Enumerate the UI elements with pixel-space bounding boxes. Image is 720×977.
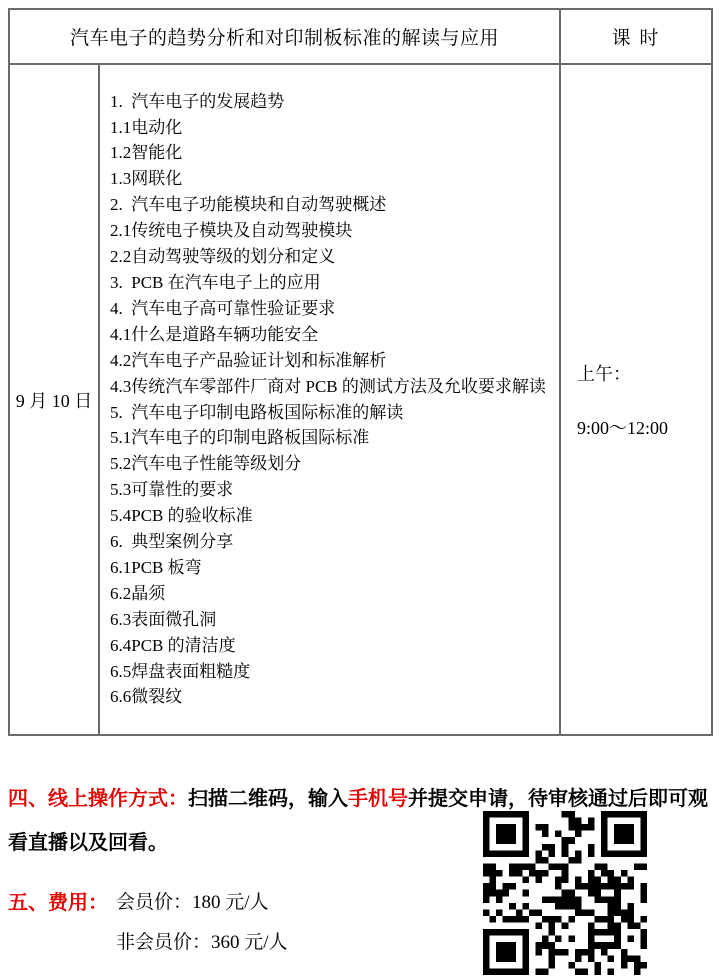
online-method-text-before: 扫描二维码，输入 [188, 788, 348, 810]
fee-section: 五、费用： 会员价：180 元/人 非会员价：360 元/人 [8, 883, 288, 963]
course-title-cell: 汽车电子的趋势分析和对印制板标准的解读与应用 [10, 10, 561, 65]
online-method-heading: 四、线上操作方式： [8, 788, 188, 810]
course-title: 汽车电子的趋势分析和对印制板标准的解读与应用 [70, 23, 499, 50]
topic-item: 4. 汽车电子高可靠性验证要求 [110, 296, 559, 322]
topic-item: 5.2汽车电子性能等级划分 [110, 451, 559, 477]
topic-item: 6.5焊盘表面粗糙度 [110, 659, 559, 685]
schedule-table: 汽车电子的趋势分析和对印制板标准的解读与应用 课 时 9 月 10 日 1. 汽… [8, 8, 713, 736]
date-cell: 9 月 10 日 [10, 65, 100, 734]
member-price: 会员价：180 元/人 [116, 883, 288, 923]
session-period: 上午： [577, 360, 711, 386]
qr-code-image [480, 811, 650, 975]
topic-item: 4.2汽车电子产品验证计划和标准解析 [110, 348, 559, 374]
online-method-highlight: 手机号 [348, 788, 408, 810]
topic-item: 2. 汽车电子功能模块和自动驾驶概述 [110, 192, 559, 218]
fee-heading: 五、费用： [8, 883, 108, 923]
non-member-price: 非会员价：360 元/人 [116, 923, 288, 963]
topic-item: 5.1汽车电子的印制电路板国际标准 [110, 425, 559, 451]
topic-item: 4.1什么是道路车辆功能安全 [110, 322, 559, 348]
topic-item: 2.2自动驾驶等级的划分和定义 [110, 244, 559, 270]
document-page: 汽车电子的趋势分析和对印制板标准的解读与应用 课 时 9 月 10 日 1. 汽… [0, 0, 720, 977]
topic-item: 6.6微裂纹 [110, 684, 559, 710]
topic-item: 6.4PCB 的清洁度 [110, 633, 559, 659]
price-list: 会员价：180 元/人 非会员价：360 元/人 [116, 883, 288, 963]
time-cell: 上午： 9:00～12:00 [561, 65, 711, 734]
topic-item: 1.1电动化 [110, 115, 559, 141]
topic-item: 5. 汽车电子印制电路板国际标准的解读 [110, 400, 559, 426]
topics-cell: 1. 汽车电子的发展趋势1.1电动化1.2智能化1.3网联化2. 汽车电子功能模… [100, 65, 561, 734]
topic-item: 6.2晶须 [110, 581, 559, 607]
topic-item: 1.2智能化 [110, 140, 559, 166]
topic-item: 6.3表面微孔洞 [110, 607, 559, 633]
topic-item: 4.3传统汽车零部件厂商对 PCB 的测试方法及允收要求解读 [110, 374, 559, 400]
registration-qr-code [480, 811, 650, 975]
hours-header: 课 时 [612, 23, 661, 50]
topic-item: 5.4PCB 的验收标准 [110, 503, 559, 529]
course-date: 9 月 10 日 [16, 387, 93, 413]
topic-item: 1.3网联化 [110, 166, 559, 192]
session-time-range: 9:00～12:00 [577, 414, 711, 440]
topic-item: 2.1传统电子模块及自动驾驶模块 [110, 218, 559, 244]
topic-item: 5.3可靠性的要求 [110, 477, 559, 503]
hours-header-cell: 课 时 [561, 10, 711, 65]
topic-item: 6. 典型案例分享 [110, 529, 559, 555]
topic-item: 3. PCB 在汽车电子上的应用 [110, 270, 559, 296]
topic-item: 6.1PCB 板弯 [110, 555, 559, 581]
topic-item: 1. 汽车电子的发展趋势 [110, 89, 559, 115]
